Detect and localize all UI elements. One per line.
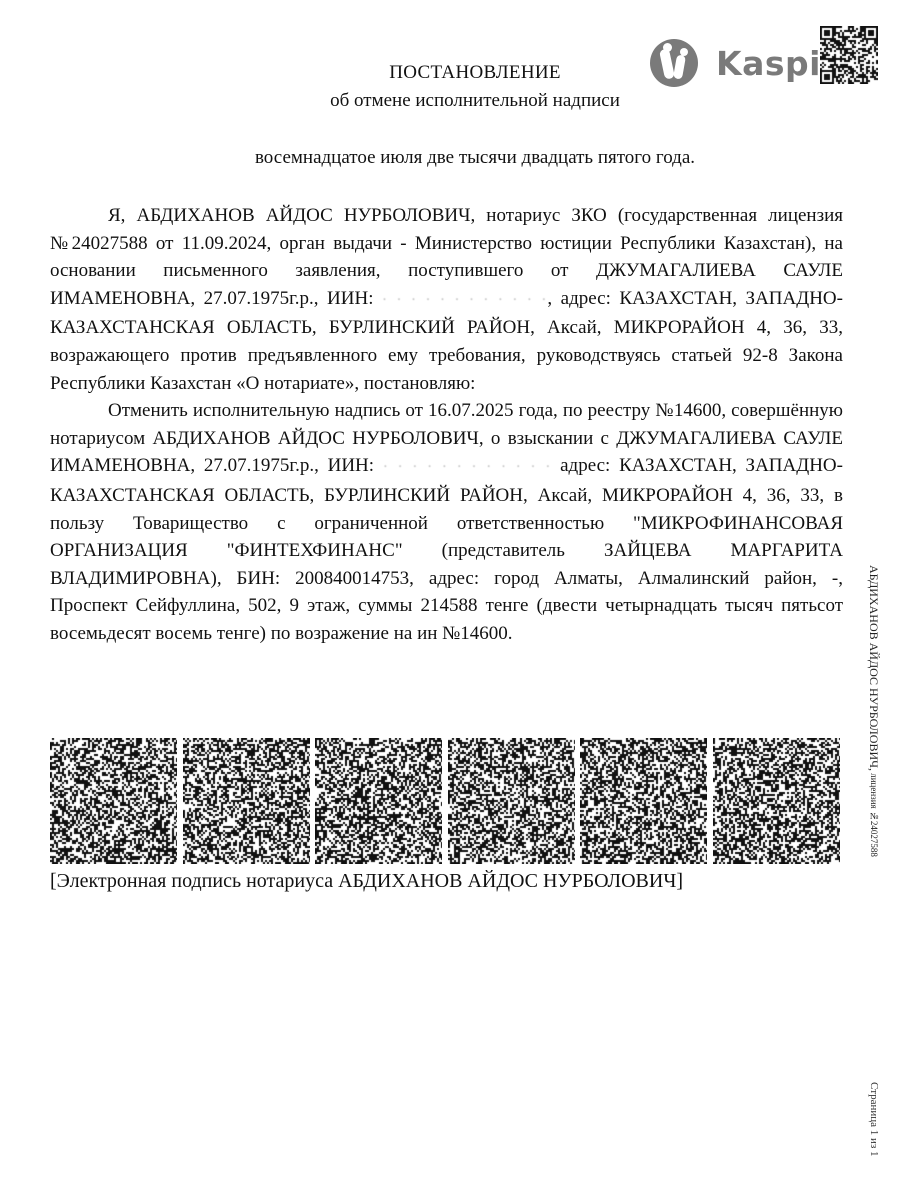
notary-stamp-license: лицензия №24027588 bbox=[869, 771, 879, 857]
notary-stamp-name: АБДИХАНОВ АЙДОС НУРБОЛОВИЧ, bbox=[867, 565, 881, 771]
resolution-text-2: адрес: КАЗАХСТАН, ЗАПАДНО-КАЗАХСТАНСКАЯ … bbox=[50, 455, 843, 644]
signature-code-3 bbox=[315, 738, 442, 864]
page-number: Страница 1 из 1 bbox=[868, 1082, 880, 1157]
signature-code-5 bbox=[580, 738, 707, 864]
document-title: ПОСТАНОВЛЕНИЕ bbox=[0, 62, 904, 84]
signature-codes bbox=[50, 738, 840, 864]
document-body: Я, АБДИХАНОВ АЙДОС НУРБОЛОВИЧ, нотариус … bbox=[50, 202, 843, 648]
document-date: восемнадцатое июля две тысячи двадцать п… bbox=[0, 147, 904, 169]
paragraph-declaration: Я, АБДИХАНОВ АЙДОС НУРБОЛОВИЧ, нотариус … bbox=[50, 202, 843, 397]
paragraph-resolution: Отменить исполнительную надпись от 16.07… bbox=[50, 397, 843, 647]
notary-margin-stamp: АБДИХАНОВ АЙДОС НУРБОЛОВИЧ, лицензия №24… bbox=[866, 565, 881, 857]
signature-code-1 bbox=[50, 738, 177, 864]
signature-code-4 bbox=[448, 738, 575, 864]
iin-redacted: · · · · · · · · · · · · bbox=[382, 292, 547, 308]
signature-code-6 bbox=[713, 738, 840, 864]
document-subtitle: об отмене исполнительной надписи bbox=[0, 90, 904, 112]
signature-caption: [Электронная подпись нотариуса АБДИХАНОВ… bbox=[50, 870, 683, 893]
signature-code-2 bbox=[183, 738, 310, 864]
iin-redacted: · · · · · · · · · · · · bbox=[383, 459, 552, 475]
